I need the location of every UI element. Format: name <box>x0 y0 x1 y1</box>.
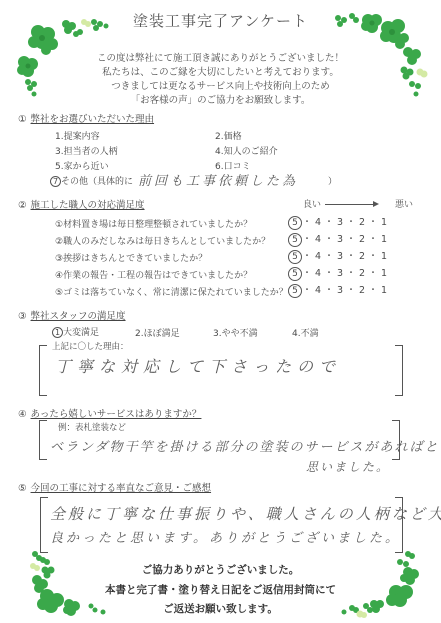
section-1-title: ①弊社をお選びいただいた理由 <box>18 111 154 125</box>
rating-scale-1[interactable]: 5・4・3・2・1 <box>288 214 390 230</box>
rating-option-5-selected[interactable]: 5 <box>288 216 302 230</box>
footer-line-1: ご協力ありがとうございました。 <box>0 562 441 577</box>
rating-option-3[interactable]: 3 <box>334 217 346 228</box>
section-1-other-answer[interactable]: 前回も工事依頼した為 <box>138 170 298 189</box>
comment-answer-line-2[interactable]: 良かったと思います。ありがとうございました。 <box>50 527 401 546</box>
document-title: 塗装工事完了アンケート <box>0 10 441 31</box>
rating-scale-3[interactable]: 5・4・3・2・1 <box>288 248 390 264</box>
rating-option-4[interactable]: 4 <box>312 217 324 228</box>
rating-option-3[interactable]: 3 <box>334 251 346 262</box>
selected-circle-mark: 7 <box>50 176 61 187</box>
section-3-title: ③弊社スタッフの満足度 <box>18 308 126 322</box>
intro-line-2: 私たちは、このご縁を大切にしたいと考えております。 <box>0 64 441 78</box>
rating-question-2: ②職人のみだしなみは毎日きちんとしていましたか？ <box>55 234 270 247</box>
rating-option-2[interactable]: 2 <box>356 285 368 296</box>
comment-answer-line-1[interactable]: 全般に丁寧な仕事振りや、職人さんの人柄など大変 <box>50 503 441 524</box>
rating-scale-5[interactable]: 5・4・3・2・1 <box>288 282 390 298</box>
option-1-label: 大変満足 <box>63 328 99 338</box>
rating-option-5-selected[interactable]: 5 <box>288 284 302 298</box>
rating-option-2[interactable]: 2 <box>356 268 368 279</box>
section-4-title: ④あったら嬉しいサービスはありますか？ <box>18 406 201 420</box>
rating-option-1[interactable]: 1 <box>378 268 390 279</box>
section-1-other-close-paren: ） <box>328 174 337 187</box>
comment-box-left-bracket <box>40 497 48 553</box>
section-3-option-3[interactable]: 3.やや不満 <box>213 326 258 339</box>
footer-line-3: ご返送お願い致します。 <box>0 601 441 616</box>
scale-good-label: 良い <box>303 200 321 210</box>
rating-option-3[interactable]: 3 <box>334 268 346 279</box>
rating-option-4[interactable]: 4 <box>312 285 324 296</box>
section-2-heading: 施工した職人の対応満足度 <box>31 200 145 211</box>
rating-scale-header: 良い悪い <box>303 197 413 210</box>
rating-question-5: ⑤ゴミは落ちていなく、常に清潔に保たれていましたか？ <box>55 285 288 298</box>
rating-option-2[interactable]: 2 <box>356 217 368 228</box>
rating-question-3: ③挨拶はきちんとできていましたか？ <box>55 251 207 264</box>
scale-bad-label: 悪い <box>395 200 413 210</box>
section-1-option-7[interactable]: 7その他（具体的に <box>50 174 133 187</box>
section-1-option-5[interactable]: 5.家から近い <box>55 159 109 172</box>
section-4-heading: あったら嬉しいサービスはありますか？ <box>31 409 202 420</box>
section-5-heading: 今回の工事に対する率直なご意見・ご感想 <box>31 483 212 494</box>
footer-line-2: 本書と完了書・塗り替え日記をご返信用封筒にて <box>0 582 441 597</box>
section-1-number: ① <box>18 114 27 125</box>
rating-option-5-selected[interactable]: 5 <box>288 250 302 264</box>
rating-scale-2[interactable]: 5・4・3・2・1 <box>288 231 390 247</box>
section-2-title: ②施工した職人の対応満足度 <box>18 197 145 211</box>
rating-question-1: ①材料置き場は毎日整理整頓されていましたか？ <box>55 217 252 230</box>
section-5-number: ⑤ <box>18 483 27 494</box>
intro-line-4: 「お客様の声」のご協力をお願致します。 <box>0 92 441 106</box>
rating-option-4[interactable]: 4 <box>312 251 324 262</box>
arrow-right-icon <box>325 204 377 205</box>
rating-option-4[interactable]: 4 <box>312 234 324 245</box>
rating-option-1[interactable]: 1 <box>378 217 390 228</box>
section-3-option-2[interactable]: 2.ほぼ満足 <box>135 326 180 339</box>
rating-option-4[interactable]: 4 <box>312 268 324 279</box>
rating-option-3[interactable]: 3 <box>334 285 346 296</box>
reason-box-left-bracket <box>39 345 47 396</box>
rating-scale-4[interactable]: 5・4・3・2・1 <box>288 265 390 281</box>
rating-option-1[interactable]: 1 <box>378 251 390 262</box>
service-answer-line-2[interactable]: 思いました。 <box>306 458 390 475</box>
section-1-heading: 弊社をお選びいただいた理由 <box>31 114 155 125</box>
intro-line-3: つきましては更なるサービス向上や技術向上のため <box>0 78 441 92</box>
section-1-option-3[interactable]: 3.担当者の人柄 <box>55 144 118 157</box>
service-example: 例：表札塗装など <box>58 421 126 433</box>
selected-circle-mark: 1 <box>52 327 63 338</box>
service-box-left-bracket <box>39 420 47 460</box>
rating-option-1[interactable]: 1 <box>378 285 390 296</box>
reason-box-right-bracket <box>395 345 403 396</box>
rating-option-2[interactable]: 2 <box>356 251 368 262</box>
section-5-title: ⑤今回の工事に対する率直なご意見・ご感想 <box>18 480 211 494</box>
section-1-option-4[interactable]: 4.知人のご紹介 <box>215 144 278 157</box>
intro-line-1: この度は弊社にて施工頂き誠にありがとうございました！ <box>0 50 441 64</box>
section-1-option-2[interactable]: 2.価格 <box>215 129 242 142</box>
section-3-heading: 弊社スタッフの満足度 <box>31 311 126 322</box>
survey-page: 塗装工事完了アンケート この度は弊社にて施工頂き誠にありがとうございました！ 私… <box>0 0 441 623</box>
rating-option-1[interactable]: 1 <box>378 234 390 245</box>
section-3-option-1[interactable]: 1大変満足 <box>52 325 99 338</box>
service-answer-line-1[interactable]: ベランダ物干竿を掛ける部分の塗装のサービスがあればと <box>50 436 439 455</box>
rating-option-5-selected[interactable]: 5 <box>288 233 302 247</box>
section-3-number: ③ <box>18 311 27 322</box>
option-7-label: その他（具体的に <box>61 177 133 187</box>
rating-question-4: ④作業の報告・工程の報告はできていましたか？ <box>55 268 252 281</box>
rating-option-5-selected[interactable]: 5 <box>288 267 302 281</box>
reason-answer[interactable]: 丁寧な対応して下さったので <box>55 354 341 377</box>
rating-option-3[interactable]: 3 <box>334 234 346 245</box>
reason-label: 上記に〇した理由： <box>52 340 129 352</box>
rating-option-2[interactable]: 2 <box>356 234 368 245</box>
section-4-number: ④ <box>18 409 27 420</box>
section-1-option-1[interactable]: 1.提案内容 <box>55 129 100 142</box>
section-2-number: ② <box>18 200 27 211</box>
section-3-option-4[interactable]: 4.不満 <box>292 326 319 339</box>
